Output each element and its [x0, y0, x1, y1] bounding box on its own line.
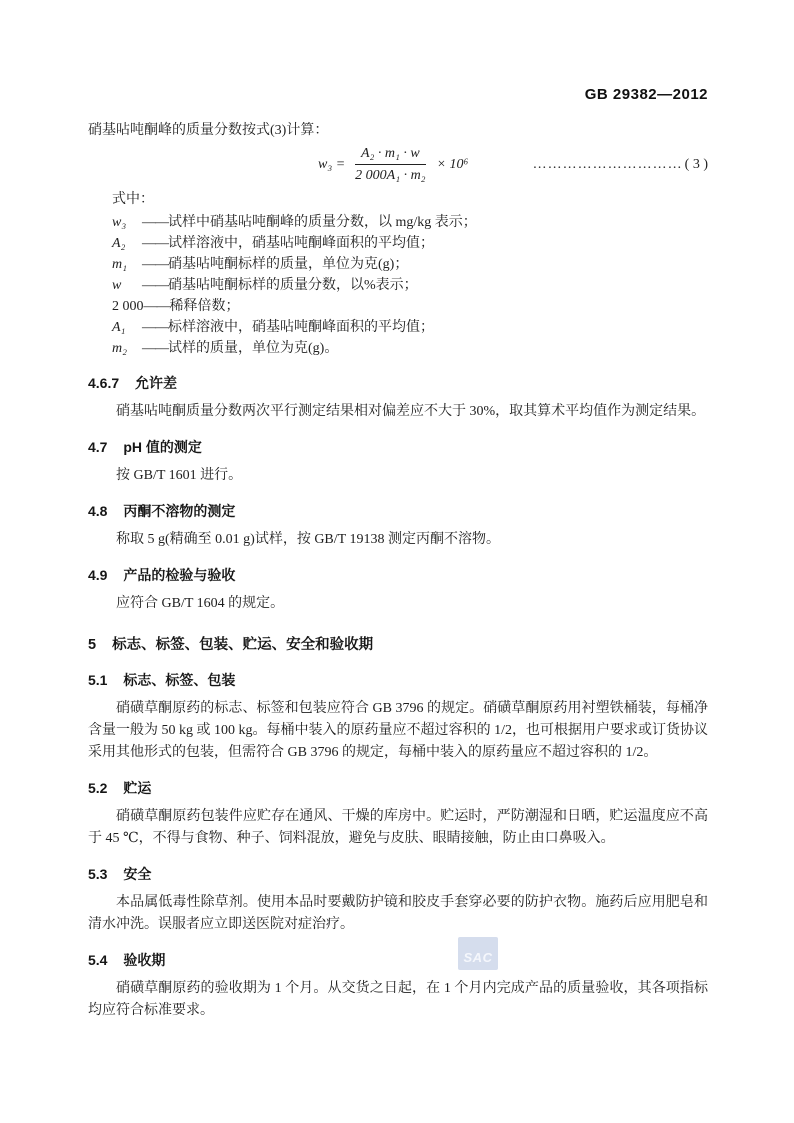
section-heading: 5.3 安全 — [88, 863, 708, 885]
symbol-definition-row: w₃ —— 试样中硝基呫吨酮峰的质量分数，以 mg/kg 表示； — [88, 212, 708, 233]
symbol-definition-row: m₂ —— 试样的质量，单位为克(g)。 — [88, 338, 708, 359]
section-block: 4.6.7 允许差 硝基呫吨酮质量分数两次平行测定结果相对偏差应不大于 30%，… — [88, 372, 708, 423]
section-block: 5.4 验收期 硝磺草酮原药的验收期为 1 个月。从交货之日起，在 1 个月内完… — [88, 949, 708, 1022]
equation-denominator: 2 000A₁ · m₂ — [355, 165, 425, 185]
definition-dash: —— — [142, 317, 168, 338]
document-page: GB 29382—2012 硝基呫吨酮峰的质量分数按式(3)计算： w₃ = A… — [0, 0, 794, 1123]
formula-intro-text: 硝基呫吨酮峰的质量分数按式(3)计算： — [88, 120, 708, 142]
section-heading: 5 标志、标签、包装、贮运、安全和验收期 — [88, 634, 708, 656]
section-paragraph: 硝磺草酮原药包装件应贮存在通风、干燥的库房中。贮运时，严防潮湿和日晒，贮运温度应… — [88, 806, 708, 850]
definition-dash: —— — [142, 338, 168, 359]
section-block: 5.1 标志、标签、包装 硝磺草酮原药的标志、标签和包装应符合 GB 3796 … — [88, 669, 708, 764]
section-heading: 4.7 pH 值的测定 — [88, 436, 708, 458]
section-block: 5.2 贮运 硝磺草酮原药包装件应贮存在通风、干燥的库房中。贮运时，严防潮湿和日… — [88, 777, 708, 850]
section-block: 4.9 产品的检验与验收 应符合 GB/T 1604 的规定。 — [88, 564, 708, 615]
equation-fraction: A₂ · m₁ · w 2 000A₁ · m₂ — [355, 144, 425, 185]
symbol-description: 试样溶液中，硝基呫吨酮峰面积的平均值； — [168, 233, 708, 254]
section-heading: 4.8 丙酮不溶物的测定 — [88, 500, 708, 522]
equation-dot-leader: ………………………… — [533, 157, 683, 173]
section-number: 4.9 — [88, 567, 107, 583]
symbol-description: 稀释倍数； — [170, 296, 709, 317]
symbol-description: 硝基呫吨酮标样的质量分数，以%表示； — [168, 275, 708, 296]
symbol: A₁ — [112, 317, 142, 338]
section-heading: 5.4 验收期 — [88, 949, 708, 971]
section-heading: 4.9 产品的检验与验收 — [88, 564, 708, 586]
section-heading: 4.6.7 允许差 — [88, 372, 708, 394]
where-label: 式中： — [88, 189, 708, 211]
section-paragraph: 按 GB/T 1601 进行。 — [88, 465, 708, 487]
equation-multiplier: × 10⁶ — [437, 157, 469, 173]
section-paragraph: 称取 5 g(精确至 0.01 g)试样，按 GB/T 19138 测定丙酮不溶… — [88, 529, 708, 551]
symbol: m₂ — [112, 338, 142, 359]
section-block: 5.3 安全 本品属低毒性除草剂。使用本品时要戴防护镜和胶皮手套穿必要的防护衣物… — [88, 863, 708, 936]
section-number: 5.4 — [88, 952, 107, 968]
equation-3: w₃ = A₂ · m₁ · w 2 000A₁ · m₂ × 10⁶ …………… — [88, 144, 708, 185]
symbol-definition-row: w —— 硝基呫吨酮标样的质量分数，以%表示； — [88, 275, 708, 296]
symbol-description: 标样溶液中，硝基呫吨酮峰面积的平均值； — [168, 317, 708, 338]
definition-dash: —— — [142, 212, 168, 233]
section-title: 验收期 — [123, 952, 165, 968]
symbol-definition-row: m₁ —— 硝基呫吨酮标样的质量，单位为克(g)； — [88, 254, 708, 275]
section-list: 4.6.7 允许差 硝基呫吨酮质量分数两次平行测定结果相对偏差应不大于 30%，… — [88, 372, 708, 1022]
section-block: 5 标志、标签、包装、贮运、安全和验收期 — [88, 634, 708, 656]
symbol-description: 试样的质量，单位为克(g)。 — [168, 338, 708, 359]
section-title: 安全 — [123, 866, 151, 882]
section-paragraph: 应符合 GB/T 1604 的规定。 — [88, 593, 708, 615]
section-title: 丙酮不溶物的测定 — [123, 503, 235, 519]
equation-number: ( 3 ) — [683, 157, 708, 173]
equation-math: w₃ = A₂ · m₁ · w 2 000A₁ · m₂ × 10⁶ — [318, 144, 468, 185]
section-title: 标志、标签、包装、贮运、安全和验收期 — [112, 637, 373, 653]
page-content: GB 29382—2012 硝基呫吨酮峰的质量分数按式(3)计算： w₃ = A… — [88, 0, 708, 1022]
definition-dash: —— — [144, 296, 170, 317]
symbol-definition-row: A₂ —— 试样溶液中，硝基呫吨酮峰面积的平均值； — [88, 233, 708, 254]
equation-numerator: A₂ · m₁ · w — [355, 144, 425, 165]
symbol: w — [112, 275, 142, 296]
section-paragraph: 硝基呫吨酮质量分数两次平行测定结果相对偏差应不大于 30%，取其算术平均值作为测… — [88, 401, 708, 423]
section-number: 4.7 — [88, 439, 107, 455]
symbol: A₂ — [112, 233, 142, 254]
section-title: 允许差 — [135, 375, 177, 391]
section-heading: 5.1 标志、标签、包装 — [88, 669, 708, 691]
equation-lhs: w₃ = — [318, 157, 345, 173]
section-number: 5.1 — [88, 672, 107, 688]
standard-number-header: GB 29382—2012 — [88, 86, 708, 104]
definition-dash: —— — [142, 254, 168, 275]
section-number: 5.3 — [88, 866, 107, 882]
section-heading: 5.2 贮运 — [88, 777, 708, 799]
section-number: 4.8 — [88, 503, 107, 519]
definition-dash: —— — [142, 233, 168, 254]
symbol-definition-row: 2 000 —— 稀释倍数； — [88, 296, 708, 317]
section-title: pH 值的测定 — [123, 439, 202, 455]
symbol-definition-list: w₃ —— 试样中硝基呫吨酮峰的质量分数，以 mg/kg 表示； A₂ —— 试… — [88, 212, 708, 359]
symbol-definition-row: A₁ —— 标样溶液中，硝基呫吨酮峰面积的平均值； — [88, 317, 708, 338]
section-paragraph: 硝磺草酮原药的验收期为 1 个月。从交货之日起，在 1 个月内完成产品的质量验收… — [88, 978, 708, 1022]
section-title: 标志、标签、包装 — [123, 672, 235, 688]
symbol-description: 硝基呫吨酮标样的质量，单位为克(g)； — [168, 254, 708, 275]
section-number: 5.2 — [88, 780, 107, 796]
definition-dash: —— — [142, 275, 168, 296]
section-title: 贮运 — [123, 780, 151, 796]
symbol: 2 000 — [112, 296, 144, 317]
section-number: 5 — [88, 637, 96, 653]
symbol: m₁ — [112, 254, 142, 275]
section-paragraph: 硝磺草酮原药的标志、标签和包装应符合 GB 3796 的规定。硝磺草酮原药用衬塑… — [88, 698, 708, 764]
section-number: 4.6.7 — [88, 375, 119, 391]
section-block: 4.7 pH 值的测定 按 GB/T 1601 进行。 — [88, 436, 708, 487]
section-paragraph: 本品属低毒性除草剂。使用本品时要戴防护镜和胶皮手套穿必要的防护衣物。施药后应用肥… — [88, 892, 708, 936]
symbol: w₃ — [112, 212, 142, 233]
section-title: 产品的检验与验收 — [123, 567, 235, 583]
symbol-description: 试样中硝基呫吨酮峰的质量分数，以 mg/kg 表示； — [168, 212, 708, 233]
sac-watermark-logo: SAC — [458, 937, 498, 970]
section-block: 4.8 丙酮不溶物的测定 称取 5 g(精确至 0.01 g)试样，按 GB/T… — [88, 500, 708, 551]
sac-watermark-text: SAC — [464, 950, 493, 970]
